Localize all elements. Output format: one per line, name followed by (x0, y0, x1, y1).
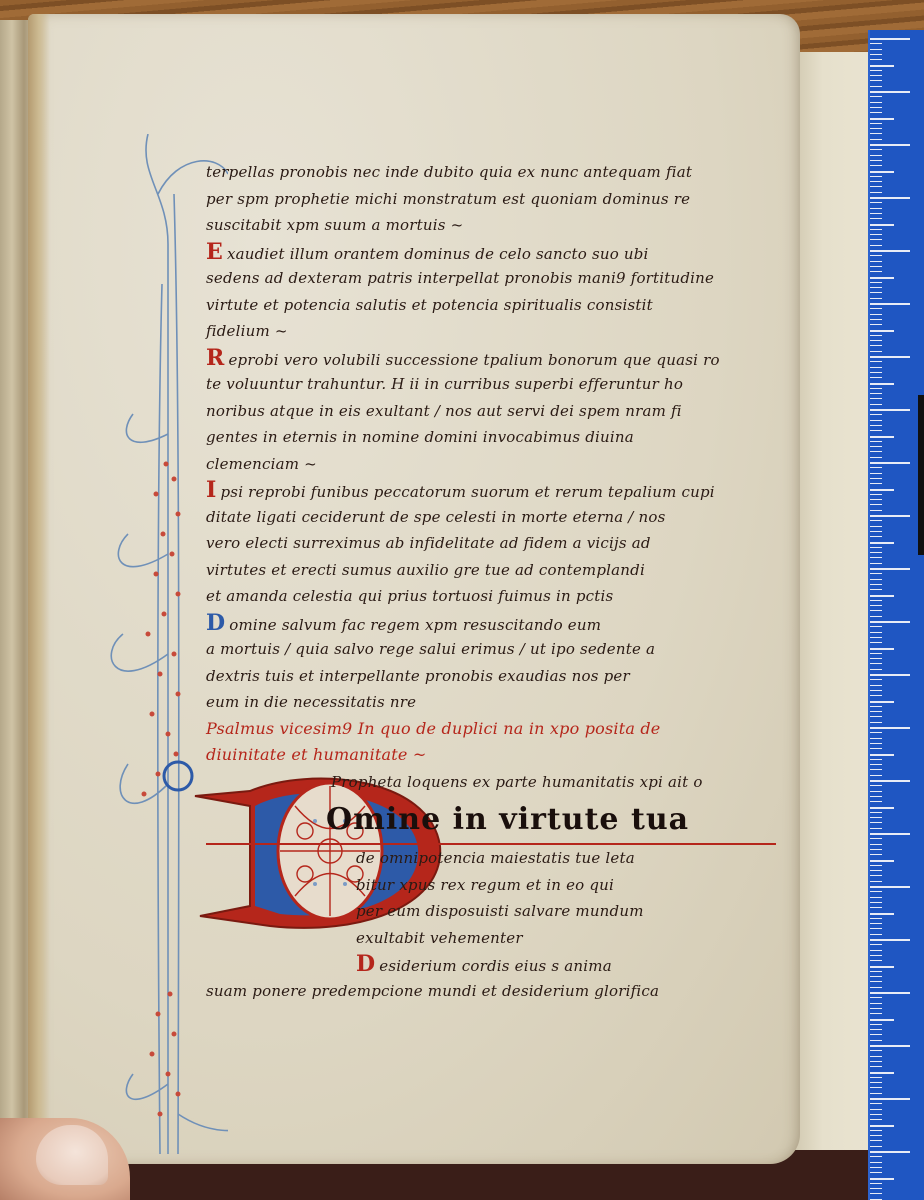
ruler-tick (870, 780, 910, 782)
ruler-tick (870, 976, 882, 977)
ruler-tick (870, 663, 882, 664)
ruler-tick (870, 573, 882, 574)
ruler-tick (870, 1130, 882, 1131)
ruler-tick (870, 907, 882, 908)
line-text: virtute et potencia salutis et potencia … (206, 296, 653, 314)
ruler-tick (870, 960, 882, 961)
ruler-tick (870, 875, 882, 876)
ruler-tick (870, 547, 882, 548)
ruler-tick (870, 467, 882, 468)
manuscript-line: terpellas pronobis nec inde dubito quia … (206, 159, 776, 186)
ruler-tick (870, 372, 882, 373)
manuscript-line: Desiderium cordis eius s anima (206, 951, 776, 978)
ruler-tick (870, 441, 882, 442)
manuscript-line: Propheta loquens ex parte humanitatis xp… (206, 769, 776, 796)
ruler-tick (870, 409, 910, 411)
ruler-tick (870, 1125, 894, 1127)
manuscript-line: clemenciam ~ (206, 451, 776, 478)
manuscript-line: et amanda celestia qui prius tortuosi fu… (206, 583, 776, 610)
ruler-tick (870, 542, 894, 544)
line-text: psi reprobi funibus peccatorum suorum et… (221, 483, 715, 501)
ruler-tick (870, 552, 882, 553)
ruler-tick (870, 75, 882, 76)
ruler-tick (870, 595, 894, 597)
ruler-tick (870, 54, 882, 55)
ruler-tick (870, 1135, 882, 1136)
ruler-tick (870, 457, 882, 458)
ruler-tick (870, 462, 910, 464)
manuscript-line: Ipsi reprobi funibus peccatorum suorum e… (206, 477, 776, 504)
manuscript-line: Exaudiet illum orantem dominus de celo s… (206, 239, 776, 266)
ruler-tick (870, 854, 882, 855)
ruler-tick (870, 388, 882, 389)
ruler-tick (870, 314, 882, 315)
ruler-tick (870, 1156, 882, 1157)
ruler-tick (870, 748, 882, 749)
ruler-tick (870, 1172, 882, 1173)
ruler-tick (870, 616, 882, 617)
manuscript-line: virtutes et erecti sumus auxilio gre tue… (206, 557, 776, 584)
ruler-tick (870, 769, 882, 770)
ruler-tick (870, 176, 882, 177)
line-text: eprobi vero volubili successione tpalium… (228, 351, 719, 369)
ruler-tick (870, 997, 882, 998)
ruler-tick (870, 849, 882, 850)
ruler-tick (870, 679, 882, 680)
ruler-tick (870, 473, 882, 474)
line-text: clemenciam ~ (206, 455, 317, 473)
ruler-tick (870, 1008, 882, 1009)
ruler-tick (870, 139, 882, 140)
line-text: exultabit vehementer (356, 929, 523, 947)
ruler-tick (870, 1077, 882, 1078)
ruler-tick (870, 1003, 882, 1004)
ruler-tick (870, 579, 882, 580)
ruler-tick (870, 632, 882, 633)
ruler-tick (870, 43, 882, 44)
ruler-tick (870, 971, 882, 972)
line-text: per eum disposuisti salvare mundum (356, 902, 644, 920)
ruler-tick (870, 298, 882, 299)
line-text: te voluuntur trahuntur. H ii in curribus… (206, 375, 683, 393)
ruler-tick (870, 404, 882, 405)
ruler-tick (870, 1109, 882, 1110)
ruler-tick (870, 605, 882, 606)
line-text: virtutes et erecti sumus auxilio gre tue… (206, 561, 645, 579)
ruler-tick (870, 155, 882, 156)
line-text: fidelium ~ (206, 322, 288, 340)
ruler-tick (870, 420, 882, 421)
line-text: suam ponere predempcione mundi et deside… (206, 982, 659, 1000)
ruler-tick (870, 1050, 882, 1051)
line-text: eum in die necessitatis nre (206, 693, 416, 711)
ruler-tick (870, 669, 882, 670)
line-text: bitur xpus rex regum et in eo qui (356, 876, 614, 894)
ruler-tick (870, 695, 882, 696)
manuscript-page: terpellas pronobis nec inde dubito quia … (28, 14, 800, 1164)
line-text: xaudiet illum orantem dominus de celo sa… (227, 245, 649, 263)
ruler-tick (870, 133, 882, 134)
ruler-tick (870, 59, 882, 60)
ruler-tick (870, 478, 882, 479)
ruler-tick (870, 1061, 882, 1062)
measuring-ruler (868, 30, 924, 1200)
ruler-tick (870, 383, 894, 385)
ruler-tick (870, 91, 910, 93)
ruler-tick (870, 489, 894, 491)
ruler-tick (870, 1162, 882, 1163)
ruler-tick (870, 86, 882, 87)
ruler-tick (870, 637, 882, 638)
ruler-tick (870, 414, 882, 415)
ruler-tick (870, 589, 882, 590)
ruler-tick (870, 165, 882, 166)
ruler-tick (870, 1146, 882, 1147)
ruler-tick (870, 870, 882, 871)
ruler-tick (870, 648, 894, 650)
ruler-tick (870, 345, 882, 346)
line-text: Omine in virtute tua (326, 802, 689, 837)
ruler-tick (870, 250, 910, 252)
page-gutter (28, 14, 50, 1164)
manuscript-line: Domine salvum fac regem xpm resuscitando… (206, 610, 776, 637)
ruler-tick (870, 1034, 882, 1035)
ruler-tick (870, 701, 894, 703)
ruler-tick (870, 928, 882, 929)
ruler-tick (870, 563, 882, 564)
ruler-tick (870, 918, 882, 919)
manuscript-line: te voluuntur trahuntur. H ii in curribus… (206, 371, 776, 398)
ruler-tick (870, 891, 882, 892)
ruler-tick (870, 261, 882, 262)
manuscript-line: exultabit vehementer (206, 925, 776, 952)
ruler-tick (870, 102, 882, 103)
ruler-tick (870, 186, 882, 187)
ruler-tick (870, 1019, 894, 1021)
ruler-tick (870, 208, 882, 209)
ruler-tick (870, 732, 882, 733)
ruler-tick (870, 118, 894, 120)
ruler-tick (870, 356, 910, 358)
ruler-tick (870, 377, 882, 378)
ruler-tick (870, 966, 894, 968)
ruler-tick (870, 923, 882, 924)
ruler-tick (870, 531, 882, 532)
ruler-tick (870, 1082, 882, 1083)
ruler-tick (870, 1119, 882, 1120)
manuscript-line: bitur xpus rex regum et in eo qui (206, 872, 776, 899)
ruler-tick (870, 277, 894, 279)
ruler-tick (870, 791, 882, 792)
line-text: diuinitate et humanitate ~ (206, 745, 426, 764)
ruler-tick (870, 192, 882, 193)
ruler-tick (870, 568, 910, 570)
ruler-tick (870, 685, 882, 686)
ruler-tick (870, 759, 882, 760)
ruler-tick (870, 886, 910, 888)
manuscript-line: suscitabit xpm suum a mortuis ~ (206, 212, 776, 239)
ruler-tick (870, 584, 882, 585)
ruler-tick (870, 1093, 882, 1094)
manuscript-line: Psalmus vicesim9 In quo de duplici na in… (206, 716, 776, 743)
ruler-tick (870, 430, 882, 431)
ruler-tick (870, 398, 882, 399)
ruler-tick (870, 610, 882, 611)
ruler-tick (870, 224, 894, 226)
ruler-tick (870, 255, 882, 256)
rubric-initial: D (206, 610, 225, 636)
manuscript-line: per spm prophetie michi monstratum est q… (206, 186, 776, 213)
manuscript-line: sedens ad dexteram patris interpellat pr… (206, 265, 776, 292)
ruler-tick (870, 245, 882, 246)
line-text: vero electi surreximus ab infidelitate a… (206, 534, 651, 552)
line-text: noribus atque in eis exultant / nos aut … (206, 402, 682, 420)
line-text: dextris tuis et interpellante pronobis e… (206, 667, 630, 685)
line-text: gentes in eternis in nomine domini invoc… (206, 428, 634, 446)
ruler-tick (870, 504, 882, 505)
line-text: a mortuis / quia salvo rege salui erimus… (206, 640, 655, 658)
ruler-tick (870, 1045, 910, 1047)
ruler-tick (870, 1024, 882, 1025)
line-text: Psalmus vicesim9 In quo de duplici na in… (206, 719, 660, 738)
ruler-tick (870, 955, 882, 956)
ruler-tick (870, 171, 894, 173)
ruler-tick (870, 515, 910, 517)
ruler-tick (870, 38, 910, 40)
ruler-tick (870, 722, 882, 723)
ruler-tick (870, 775, 882, 776)
ruler-tick (870, 939, 910, 941)
ruler-tick (870, 271, 882, 272)
manuscript-line: Omine in virtute tua (206, 795, 776, 845)
ruler-tick (870, 181, 882, 182)
ruler-tick (870, 807, 894, 809)
ruler-tick (870, 536, 882, 537)
rubric-initial: I (206, 477, 217, 503)
ruler-tick (870, 981, 882, 982)
ruler-tick (870, 213, 882, 214)
ruler-tick (870, 49, 882, 50)
ruler-tick (870, 1188, 882, 1189)
ruler-tick (870, 1178, 894, 1180)
ruler-tick (870, 881, 882, 882)
manuscript-line: diuinitate et humanitate ~ (206, 742, 776, 769)
ruler-tick (870, 202, 882, 203)
ruler-tick (870, 1151, 910, 1153)
ruler-tick (870, 1183, 882, 1184)
line-text: suscitabit xpm suum a mortuis ~ (206, 216, 463, 234)
rubric-initial: E (206, 239, 223, 265)
ruler-tick (870, 234, 882, 235)
ruler-tick (870, 897, 882, 898)
manuscript-line: gentes in eternis in nomine domini invoc… (206, 424, 776, 451)
ruler-tick (870, 197, 910, 199)
manuscript-line: noribus atque in eis exultant / nos aut … (206, 398, 776, 425)
manuscript-line: eum in die necessitatis nre (206, 689, 776, 716)
ruler-tick (870, 510, 882, 511)
manuscript-line: suam ponere predempcione mundi et deside… (206, 978, 776, 1005)
ruler-tick (870, 1098, 910, 1100)
ruler-tick (870, 992, 910, 994)
ruler-tick (870, 494, 882, 495)
ruler-tick (870, 754, 894, 756)
ruler-tick (870, 340, 882, 341)
ruler-tick (870, 149, 882, 150)
ruler-tick (870, 112, 882, 113)
ruler-tick (870, 621, 910, 623)
manuscript-line: dextris tuis et interpellante pronobis e… (206, 663, 776, 690)
ruler-tick (870, 123, 882, 124)
ruler-tick (870, 913, 894, 915)
ruler-tick (870, 743, 882, 744)
ruler-tick (870, 425, 882, 426)
ruler-tick (870, 70, 882, 71)
ruler-tick (870, 229, 882, 230)
ruler-tick (870, 658, 882, 659)
ruler-tick (870, 436, 894, 438)
ruler-tick (870, 822, 882, 823)
ruler-tick (870, 393, 882, 394)
ruler-tick (870, 711, 882, 712)
thumbnail (36, 1125, 108, 1185)
ruler-tick (870, 785, 882, 786)
ruler-tick (870, 1040, 882, 1041)
ruler-tick (870, 319, 882, 320)
ruler-tick (870, 626, 882, 627)
ruler-tick (870, 838, 882, 839)
ruler-tick (870, 65, 894, 67)
ruler-tick (870, 690, 882, 691)
ruler-tick (870, 160, 882, 161)
ruler-tick (870, 833, 910, 835)
ruler-tick (870, 282, 882, 283)
ruler-tick (870, 292, 882, 293)
ruler-tick (870, 934, 882, 935)
ruler-tick (870, 653, 882, 654)
ruler-tick (870, 828, 882, 829)
manuscript-line: vero electi surreximus ab infidelitate a… (206, 530, 776, 557)
manuscript-text-block: terpellas pronobis nec inde dubito quia … (206, 159, 776, 1004)
ruler-tick (870, 351, 882, 352)
ruler-tick (870, 1114, 882, 1115)
ruler-tick (870, 716, 882, 717)
ruler-tick (870, 499, 882, 500)
ruler-tick (870, 987, 882, 988)
ruler-tick (870, 96, 882, 97)
ruler-tick (870, 367, 882, 368)
line-text: de omnipotencia maiestatis tue leta (356, 849, 635, 867)
ruler-tick (870, 817, 882, 818)
ruler-tick (870, 706, 882, 707)
line-text: Propheta loquens ex parte humanitatis xp… (331, 773, 703, 791)
manuscript-line: de omnipotencia maiestatis tue leta (206, 845, 776, 872)
ruler-tick (870, 1013, 882, 1014)
ruler-tick (870, 950, 882, 951)
ruler-label-block (918, 395, 924, 555)
line-text: ditate ligati ceciderunt de spe celesti … (206, 508, 666, 526)
ruler-tick (870, 451, 882, 452)
ruler-tick (870, 446, 882, 447)
manuscript-line: per eum disposuisti salvare mundum (206, 898, 776, 925)
ruler-tick (870, 944, 882, 945)
ruler-tick (870, 308, 882, 309)
ruler-tick (870, 361, 882, 362)
ruler-tick (870, 287, 882, 288)
ruler-tick (870, 865, 882, 866)
ruler-tick (870, 128, 882, 129)
manuscript-line: ditate ligati ceciderunt de spe celesti … (206, 504, 776, 531)
ruler-tick (870, 1140, 882, 1141)
ruler-tick (870, 674, 910, 676)
ruler-tick (870, 324, 882, 325)
ruler-tick (870, 80, 882, 81)
manuscript-line: Reprobi vero volubili successione tpaliu… (206, 345, 776, 372)
ruler-tick (870, 796, 882, 797)
ruler-tick (870, 600, 882, 601)
ruler-tick (870, 1167, 882, 1168)
ruler-tick (870, 266, 882, 267)
ruler-tick (870, 330, 894, 332)
line-text: per spm prophetie michi monstratum est q… (206, 190, 690, 208)
ruler-tick (870, 727, 910, 729)
ruler-tick (870, 526, 882, 527)
ruler-tick (870, 1193, 882, 1194)
line-text: sedens ad dexteram patris interpellat pr… (206, 269, 714, 287)
ruler-tick (870, 144, 910, 146)
ruler-tick (870, 218, 882, 219)
ruler-tick (870, 1103, 882, 1104)
ruler-tick (870, 303, 910, 305)
ruler-tick (870, 738, 882, 739)
ruler-tick (870, 1087, 882, 1088)
line-text: et amanda celestia qui prius tortuosi fu… (206, 587, 613, 605)
ruler-tick (870, 335, 882, 336)
ruler-tick (870, 860, 894, 862)
ruler-tick (870, 801, 882, 802)
ruler-tick (870, 483, 882, 484)
line-text: omine salvum fac regem xpm resuscitando … (229, 616, 601, 634)
ruler-tick (870, 107, 882, 108)
ruler-tick (870, 1056, 882, 1057)
rubric-initial: D (356, 951, 375, 977)
manuscript-line: fidelium ~ (206, 318, 776, 345)
line-text: esiderium cordis eius s anima (379, 957, 612, 975)
ruler-tick (870, 812, 882, 813)
ruler-tick (870, 764, 882, 765)
ruler-tick (870, 642, 882, 643)
ruler-tick (870, 1029, 882, 1030)
ruler-tick (870, 1066, 882, 1067)
ruler-tick (870, 520, 882, 521)
ruler-tick (870, 1072, 894, 1074)
ruler-tick (870, 239, 882, 240)
ruler-tick (870, 902, 882, 903)
manuscript-line: virtute et potencia salutis et potencia … (206, 292, 776, 319)
line-text: terpellas pronobis nec inde dubito quia … (206, 163, 692, 181)
ruler-tick (870, 844, 882, 845)
ruler-tick (870, 557, 882, 558)
rubric-initial: R (206, 345, 224, 371)
manuscript-line: a mortuis / quia salvo rege salui erimus… (206, 636, 776, 663)
